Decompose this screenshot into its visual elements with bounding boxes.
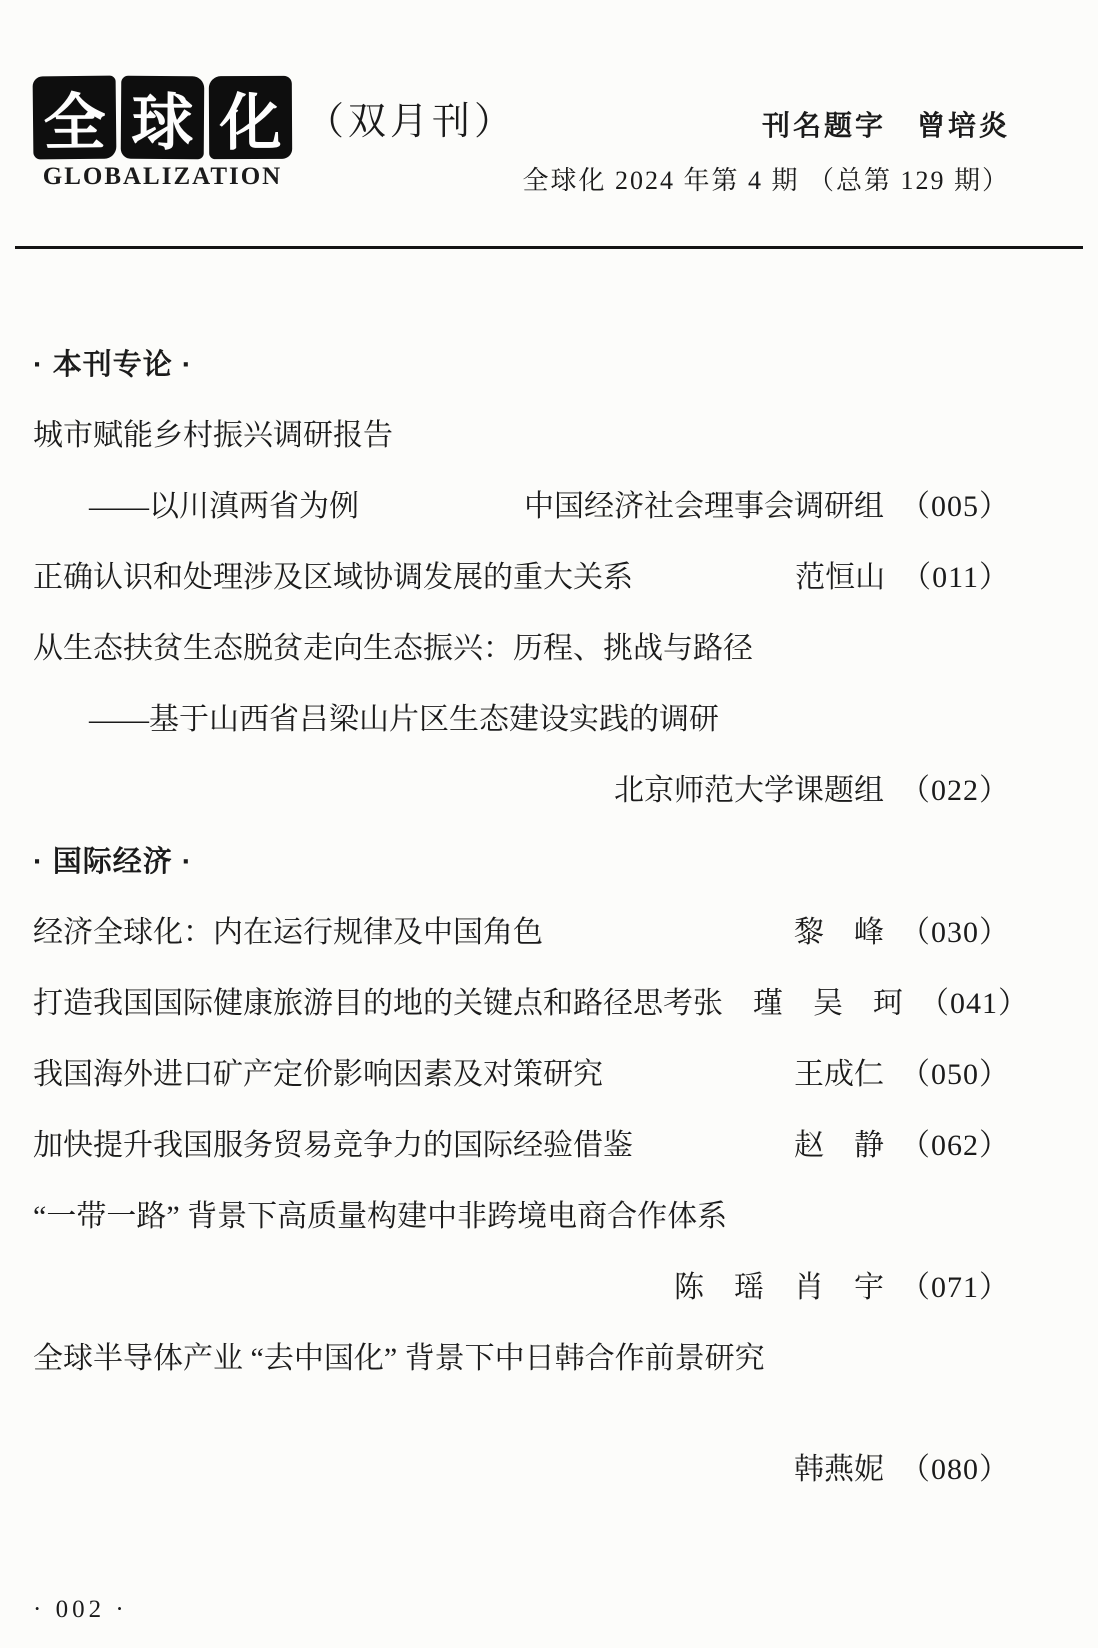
section-header: · 国际经济 · <box>33 842 1010 882</box>
article-author: 韩燕妮 <box>794 1450 884 1490</box>
calligraphy-credit: 刊名题字 曾培炎 <box>522 104 1010 144</box>
article-title: ——以川滇两省为例 <box>33 487 359 527</box>
article-title: “一带一路” 背景下高质量构建中非跨境电商合作体系 <box>33 1197 727 1237</box>
toc-row: 正确认识和处理涉及区域协调发展的重大关系范恒山（011） <box>33 558 1010 598</box>
article-title: 城市赋能乡村振兴调研报告 <box>33 416 393 456</box>
toc-row: 全球半导体产业 “去中国化” 背景下中日韩合作前景研究 <box>33 1339 1010 1379</box>
article-page-number: （030） <box>900 913 1010 953</box>
seal-char-2: 球 <box>121 76 205 160</box>
article-page-number: （062） <box>900 1126 1010 1166</box>
article-author: 黎 峰 <box>794 913 884 953</box>
toc-row: ——基于山西省吕梁山片区生态建设实践的调研 <box>33 700 1010 740</box>
toc-row: 加快提升我国服务贸易竞争力的国际经验借鉴赵 静（062） <box>33 1126 1010 1166</box>
toc: · 本刊专论 ·城市赋能乡村振兴调研报告——以川滇两省为例中国经济社会理事会调研… <box>33 345 1010 1521</box>
toc-row: 打造我国国际健康旅游目的地的关键点和路径思考张 瑾 吴 珂（041） <box>33 984 1010 1024</box>
article-page-number: （011） <box>901 558 1010 598</box>
article-author: 陈 瑶 肖 宇 <box>674 1268 884 1308</box>
journal-toc-page: 全 球 化 （双月刊） GLOBALIZATION 刊名题字 曾培炎 全球化 2… <box>0 0 1098 1648</box>
article-author: 中国经济社会理事会调研组 <box>524 487 884 527</box>
article-page-number: （041） <box>919 984 1029 1024</box>
toc-row: 城市赋能乡村振兴调研报告 <box>33 416 1010 456</box>
header-divider <box>15 246 1083 249</box>
article-title: 加快提升我国服务贸易竞争力的国际经验借鉴 <box>33 1126 633 1166</box>
seal-char-1: 全 <box>33 76 117 160</box>
article-author: 张 瑾 吴 珂 <box>693 984 903 1024</box>
toc-row: 从生态扶贫生态脱贫走向生态振兴：历程、挑战与路径 <box>33 629 1010 669</box>
article-title: 从生态扶贫生态脱贫走向生态振兴：历程、挑战与路径 <box>33 629 753 669</box>
article-author: 赵 静 <box>794 1126 884 1166</box>
issue-line: 全球化 2024 年第 4 期 （总第 129 期） <box>522 160 1010 197</box>
section-header: · 本刊专论 · <box>33 345 1010 385</box>
article-author: 王成仁 <box>794 1055 884 1095</box>
toc-row: “一带一路” 背景下高质量构建中非跨境电商合作体系 <box>33 1197 1010 1237</box>
article-title: 打造我国国际健康旅游目的地的关键点和路径思考 <box>33 984 693 1024</box>
toc-row: 经济全球化：内在运行规律及中国角色黎 峰（030） <box>33 913 1010 953</box>
toc-row: 北京师范大学课题组（022） <box>33 771 1010 811</box>
article-page-number: （022） <box>900 771 1010 811</box>
article-author: 北京师范大学课题组 <box>614 771 884 811</box>
page-number: · 002 · <box>33 1596 128 1624</box>
toc-row: 我国海外进口矿产定价影响因素及对策研究王成仁（050） <box>33 1055 1010 1095</box>
article-page-number: （005） <box>900 487 1010 527</box>
header-right: 刊名题字 曾培炎 全球化 2024 年第 4 期 （总第 129 期） <box>522 104 1010 197</box>
article-title: 全球半导体产业 “去中国化” 背景下中日韩合作前景研究 <box>33 1339 765 1379</box>
article-page-number: （071） <box>900 1268 1010 1308</box>
article-title: 正确认识和处理涉及区域协调发展的重大关系 <box>33 558 633 598</box>
toc-row: ——以川滇两省为例中国经济社会理事会调研组（005） <box>33 487 1010 527</box>
seal-logo: 全 球 化 <box>33 76 292 159</box>
article-title: ——基于山西省吕梁山片区生态建设实践的调研 <box>33 700 719 740</box>
article-page-number: （080） <box>900 1450 1010 1490</box>
periodicity-label: （双月刊） <box>306 90 516 145</box>
journal-logo: 全 球 化 （双月刊） GLOBALIZATION <box>33 76 516 191</box>
seal-char-3: 化 <box>209 76 292 159</box>
article-author: 范恒山 <box>795 558 885 598</box>
toc-row: 韩燕妮（080） <box>33 1450 1010 1490</box>
journal-name-english: GLOBALIZATION <box>33 163 292 191</box>
article-title: 我国海外进口矿产定价影响因素及对策研究 <box>33 1055 603 1095</box>
article-title: 经济全球化：内在运行规律及中国角色 <box>33 913 543 953</box>
article-page-number: （050） <box>900 1055 1010 1095</box>
toc-row: 陈 瑶 肖 宇（071） <box>33 1268 1010 1308</box>
